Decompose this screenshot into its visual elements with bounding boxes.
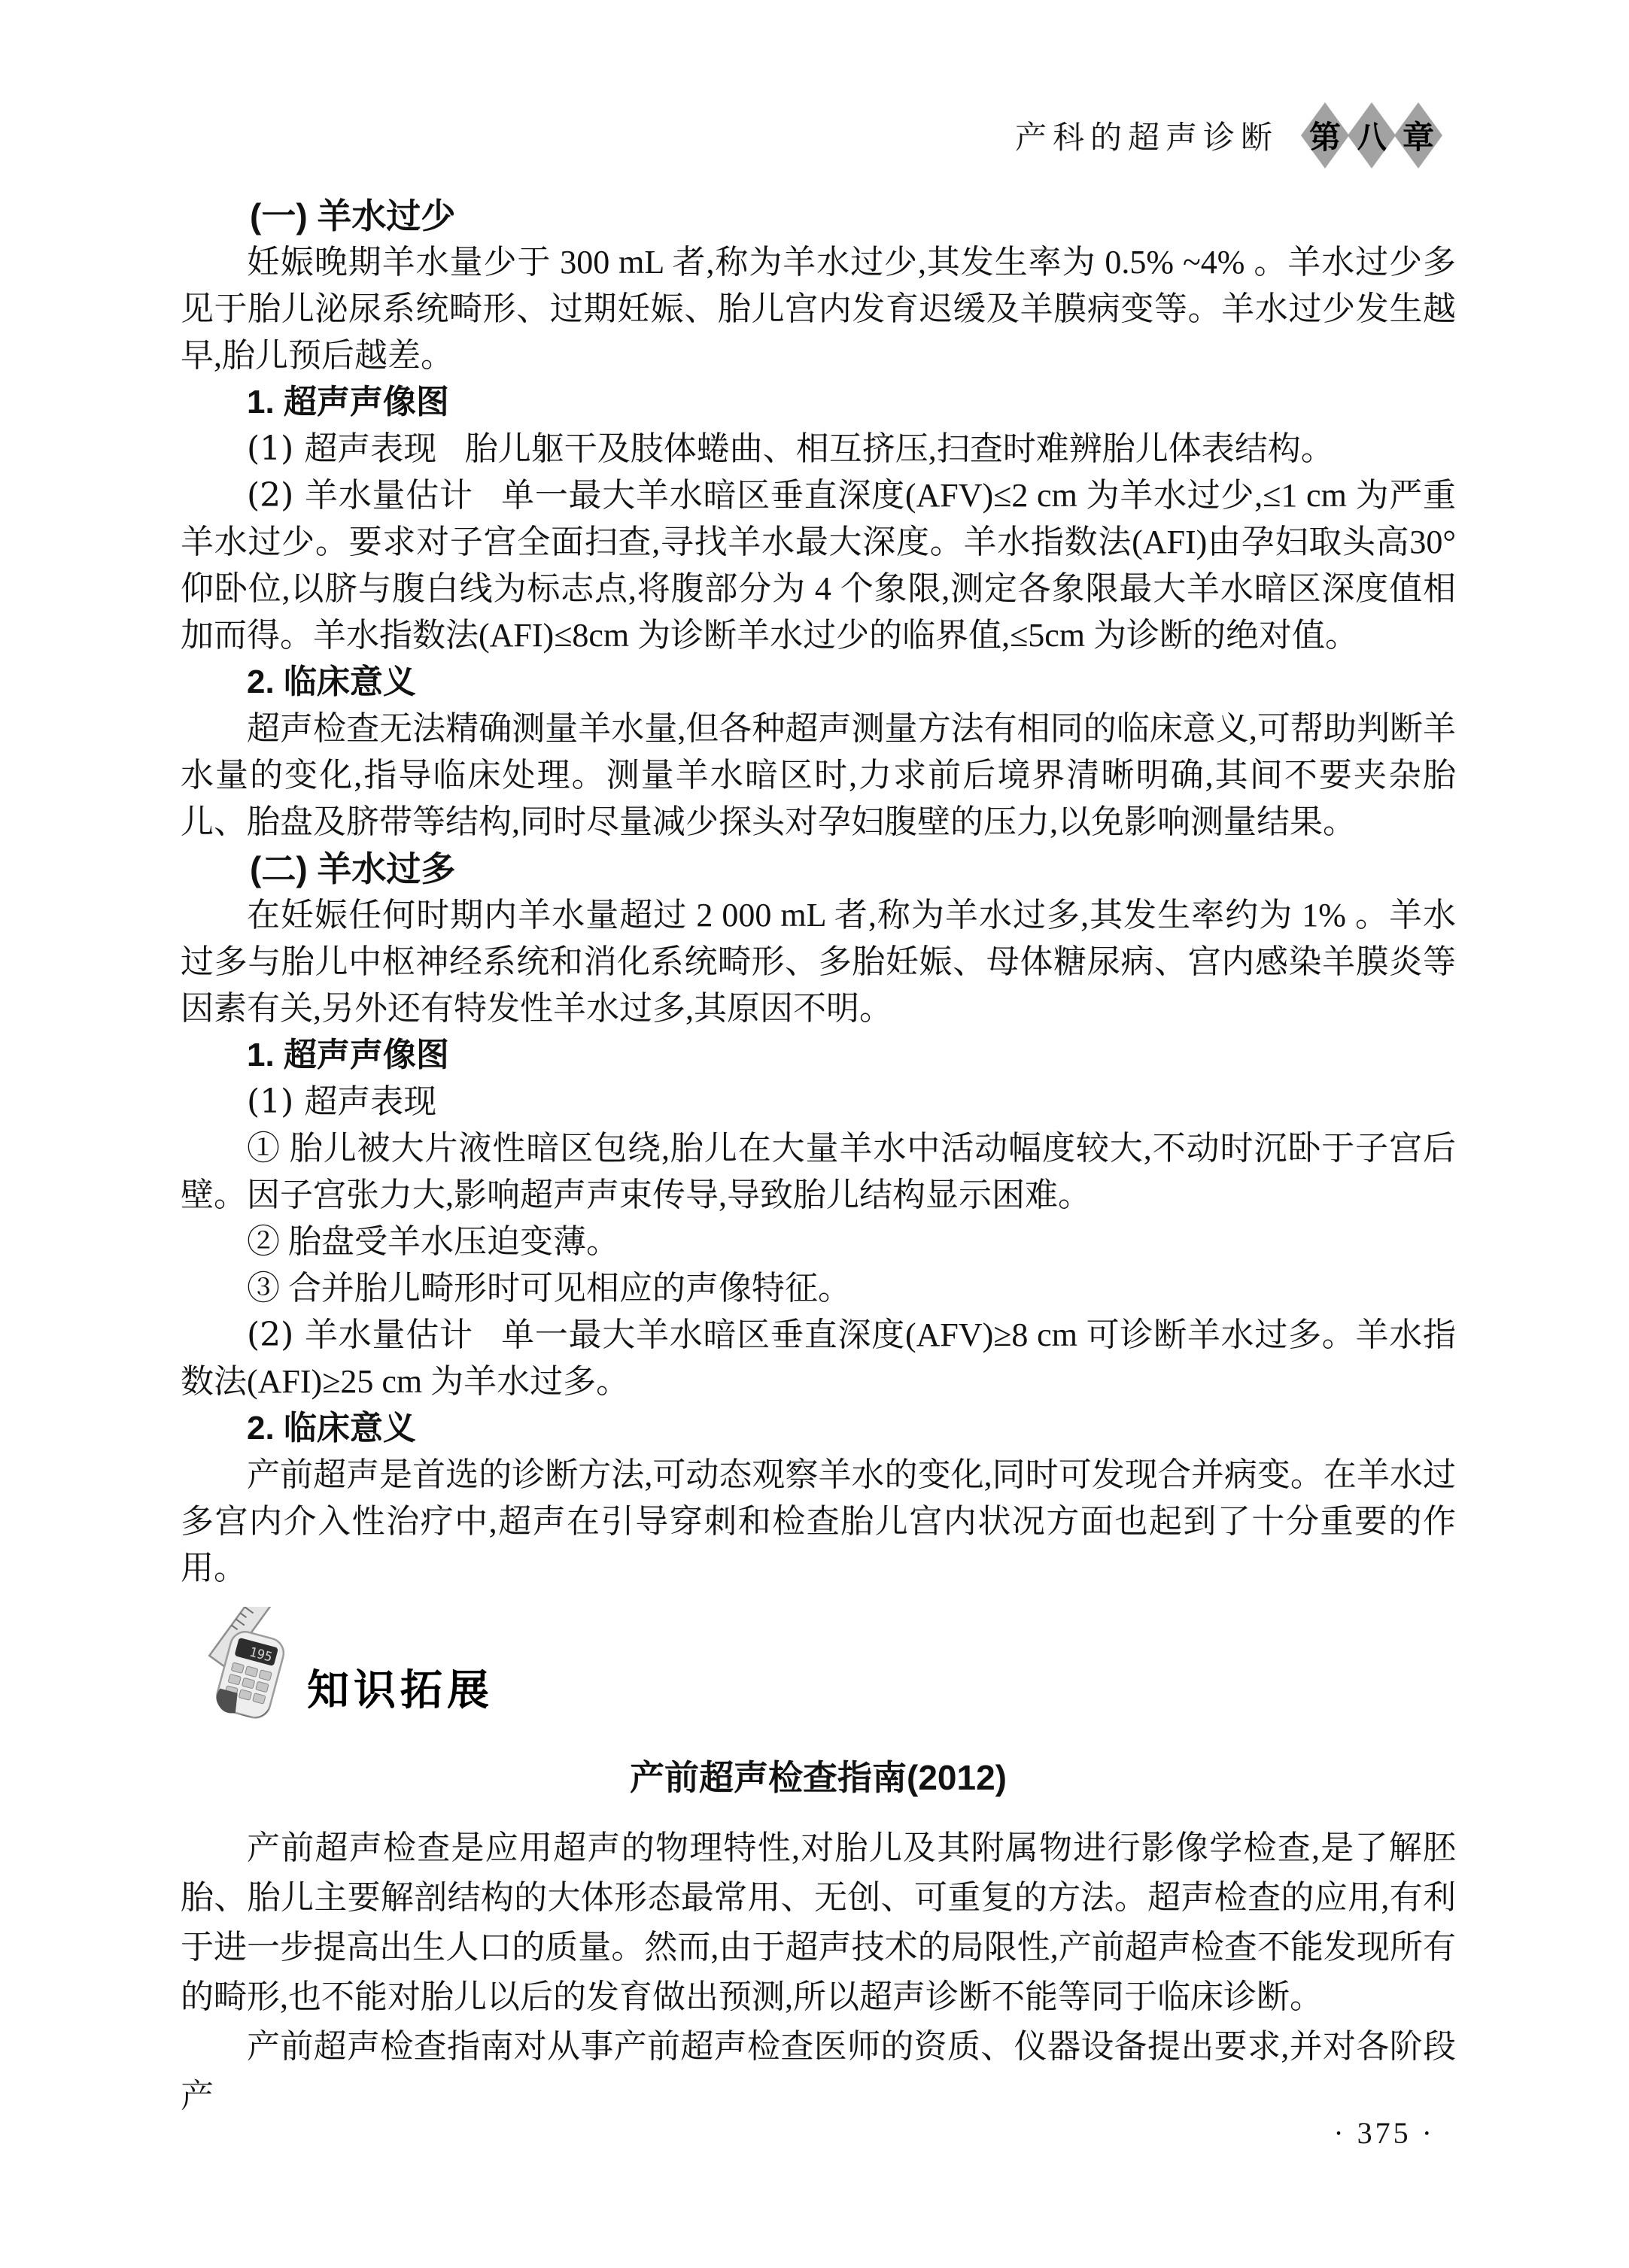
kai-lead: (2) 羊水量估计 [247,1316,473,1354]
paragraph: 妊娠晚期羊水量少于 300 mL 者,称为羊水过少,其发生率为 0.5% ~4%… [181,239,1456,379]
running-title: 产科的超声诊断 [1015,113,1278,158]
sub-heading-clinical: 2. 临床意义 [181,659,1456,706]
section-heading-oligohydramnios: (一) 羊水过少 [181,193,1456,239]
page-body: (一) 羊水过少 妊娠晚期羊水量少于 300 mL 者,称为羊水过少,其发生率为… [181,193,1456,2121]
paragraph: (1) 超声表现胎儿躯干及肢体蜷曲、相互挤压,扫查时难辨胎儿体表结构。 [181,426,1456,472]
section-heading-polyhydramnios: (二) 羊水过多 [181,846,1456,892]
chapter-badge: 第 八 章 [1302,102,1442,169]
guide-title: 产前超声检查指南(2012) [181,1754,1456,1801]
paragraph-text: 胎儿躯干及肢体蜷曲、相互挤压,扫查时难辨胎儿体表结构。 [465,430,1334,467]
kai-lead: (1) 超声表现 [247,1082,436,1121]
paragraph: 在妊娠任何时期内羊水量超过 2 000 mL 者,称为羊水过多,其发生率约为 1… [181,892,1456,1032]
list-item-3: ③ 合并胎儿畸形时可见相应的声像特征。 [181,1265,1456,1312]
book-page: { "page": { "number": "· 375 ·", "backgr… [0,0,1629,2268]
chapter-diamond-2: 八 [1348,102,1396,169]
paragraph: (2) 羊水量估计单一最大羊水暗区垂直深度(AFV)≥8 cm 可诊断羊水过多。… [181,1312,1456,1405]
page-number: · 375 · [1333,2115,1435,2151]
paragraph: (1) 超声表现 [181,1079,1456,1125]
paragraph: 超声检查无法精确测量羊水量,但各种超声测量方法有相同的临床意义,可帮助判断羊水量… [181,706,1456,846]
list-item-2: ② 胎盘受羊水压迫变薄。 [181,1219,1456,1265]
paragraph: 产前超声是首选的诊断方法,可动态观察羊水的变化,同时可发现合并病变。在羊水过多宫… [181,1452,1456,1592]
guide-paragraph: 产前超声检查指南对从事产前超声检查医师的资质、仪器设备提出要求,并对各阶段产 [181,2022,1456,2121]
running-header: 产科的超声诊断 第 八 章 [181,102,1456,169]
sub-heading-sonogram: 1. 超声声像图 [181,379,1456,426]
kai-lead: (2) 羊水量估计 [247,476,473,515]
sub-heading-clinical: 2. 临床意义 [181,1405,1456,1452]
kai-lead: (1) 超声表现 [247,430,436,468]
chapter-diamond-3: 章 [1394,102,1442,169]
knowledge-expand-label: 知识拓展 [307,1667,494,1714]
chapter-diamond-1: 第 [1301,102,1349,169]
tape-measure-icon: 195 [182,1607,299,1735]
knowledge-expand-box: 195 知识拓展 [181,1611,1456,1738]
guide-paragraph: 产前超声检查是应用超声的物理特性,对胎儿及其附属物进行影像学检查,是了解胚胎、胎… [181,1823,1456,2022]
list-item-1: ① 胎儿被大片液性暗区包绕,胎儿在大量羊水中活动幅度较大,不动时沉卧于子宫后壁。… [181,1125,1456,1219]
sub-heading-sonogram: 1. 超声声像图 [181,1032,1456,1079]
paragraph: (2) 羊水量估计单一最大羊水暗区垂直深度(AFV)≤2 cm 为羊水过少,≤1… [181,472,1456,659]
